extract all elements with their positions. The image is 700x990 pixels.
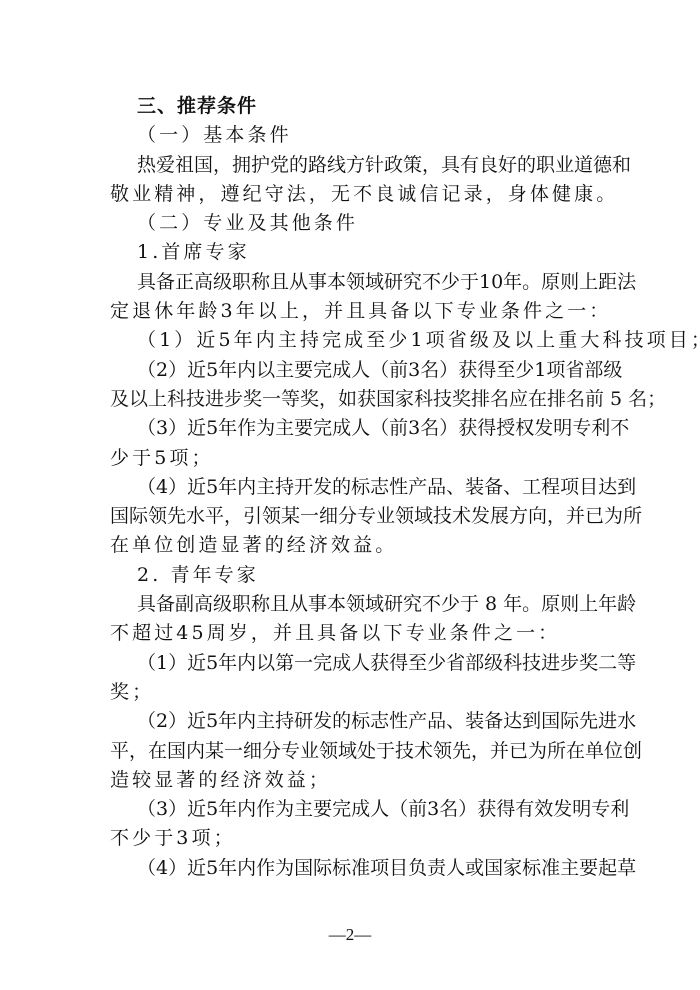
page-number: —2— [0,925,700,945]
text-line: 1.首席专家 [110,238,620,267]
section-heading: 三、推荐条件 [110,92,620,121]
document-page: 三、推荐条件（一）基本条件热爱祖国，拥护党的路线方针政策，具有良好的职业道德和敬… [0,0,700,990]
text-line: 及以上科技进步奖一等奖，如获国家科技奖排名应在排名前 5 名； [110,385,620,414]
text-line: 平，在国内某一细分专业领域处于技术领先，并已为所在单位创 [110,737,620,766]
text-line: 热爱祖国，拥护党的路线方针政策，具有良好的职业道德和 [110,151,620,180]
text-line: 具备副高级职称且从事本领域研究不少于 8 年。原则上年龄 [110,590,620,619]
text-line: 不超过45周岁，并且具备以下专业条件之一： [110,619,620,648]
text-line: 造较显著的经济效益； [110,766,620,795]
subsection-heading: （二）专业及其他条件 [110,209,620,238]
text-line: 在单位创造显著的经济效益。 [110,531,620,560]
text-line: 敬业精神，遵纪守法，无不良诚信记录，身体健康。 [110,180,620,209]
document-body: 三、推荐条件（一）基本条件热爱祖国，拥护党的路线方针政策，具有良好的职业道德和敬… [110,92,620,883]
text-line: （4）近5年内作为国际标准项目负责人或国家标准主要起草 [110,854,620,883]
text-line: 不少于3项； [110,824,620,853]
subsection-heading: （一）基本条件 [110,121,620,150]
text-line: （3）近5年内作为主要完成人（前3名）获得有效发明专利 [110,795,620,824]
text-line: 2. 青年专家 [110,561,620,590]
text-line: （1）近5年内主持完成至少1项省级及以上重大科技项目； [110,326,620,355]
text-line: （2）近5年内以主要完成人（前3名）获得至少1项省部级 [110,356,620,385]
text-line: 国际领先水平，引领某一细分专业领域技术发展方向，并已为所 [110,502,620,531]
text-line: （3）近5年作为主要完成人（前3名）获得授权发明专利不 [110,414,620,443]
text-line: 具备正高级职称且从事本领域研究不少于10年。原则上距法 [110,268,620,297]
text-line: 奖； [110,678,620,707]
text-line: 定退休年龄3年以上，并且具备以下专业条件之一： [110,297,620,326]
text-line: （2）近5年内主持研发的标志性产品、装备达到国际先进水 [110,707,620,736]
text-line: 少于5项； [110,444,620,473]
text-line: （4）近5年内主持开发的标志性产品、装备、工程项目达到 [110,473,620,502]
text-line: （1）近5年内以第一完成人获得至少省部级科技进步奖二等 [110,649,620,678]
